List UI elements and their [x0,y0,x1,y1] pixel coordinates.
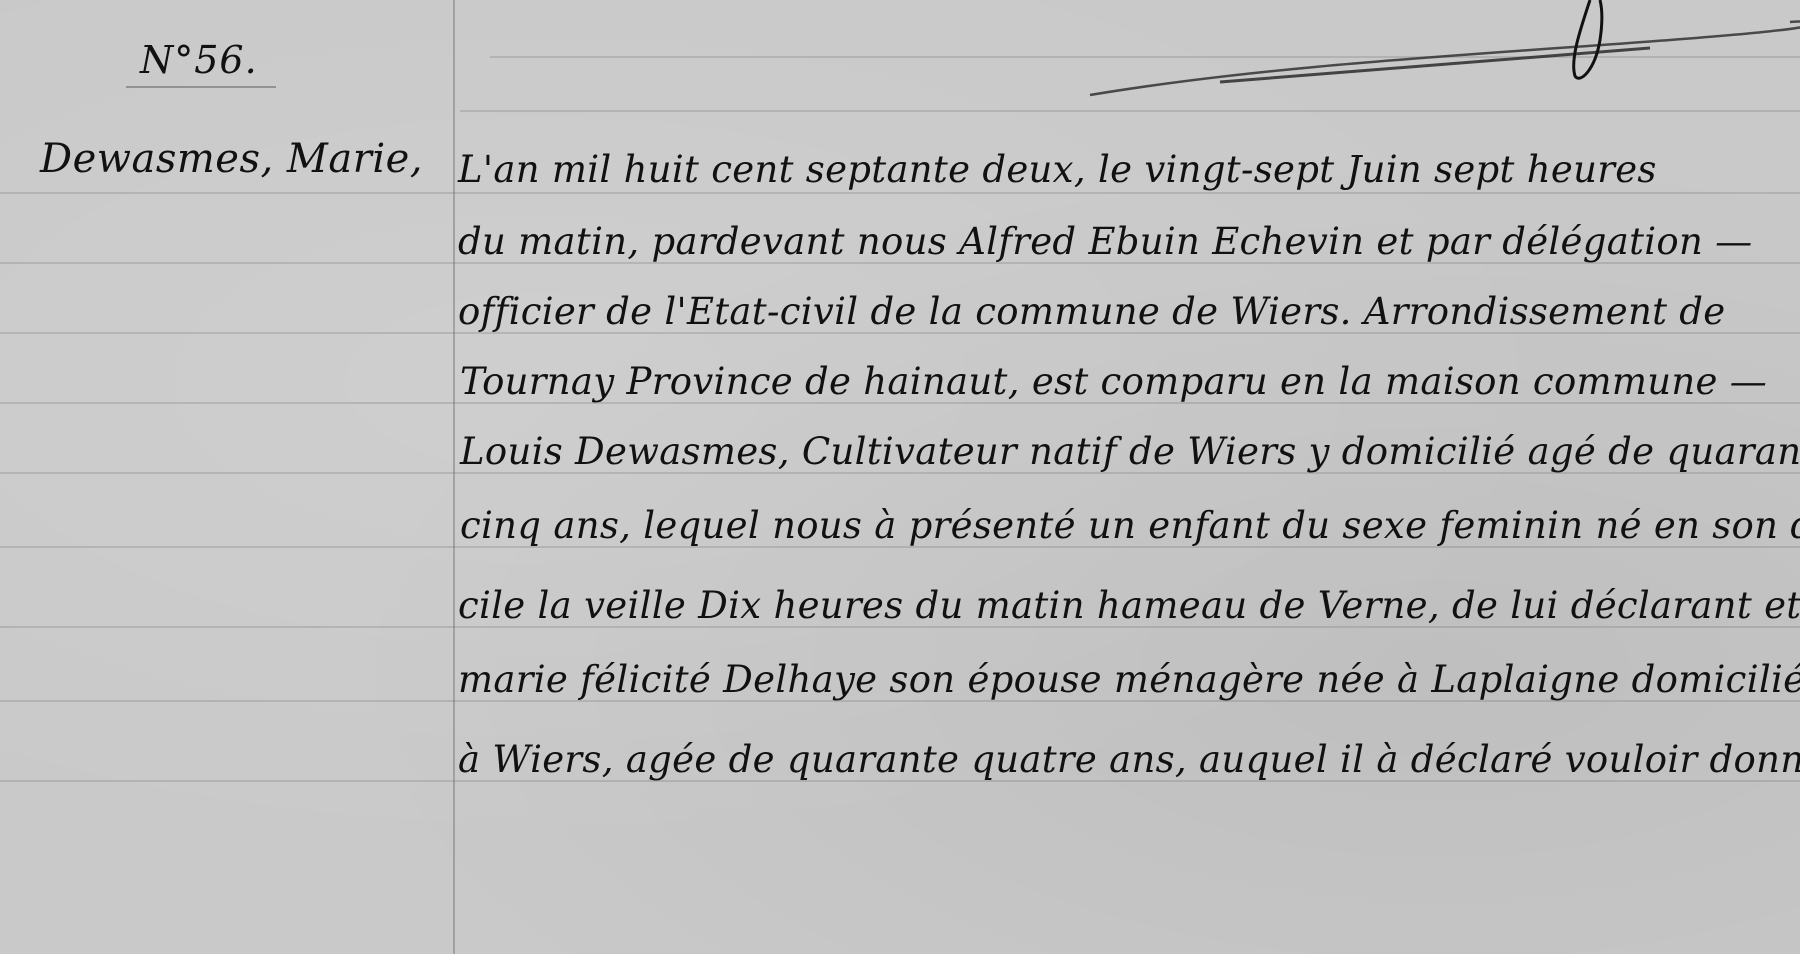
body-line-2: du matin, pardevant nous Alfred Ebuin Ec… [458,220,1752,263]
ruled-line [0,192,1800,194]
body-line-8: marie félicité Delhaye son épouse ménagè… [458,658,1800,701]
pen-flourish-stroke [1050,0,1800,110]
entry-name: Dewasmes, Marie, [40,136,423,182]
body-line-6: cinq ans, lequel nous à présenté un enfa… [460,504,1800,547]
body-line-7: cile la veille Dix heures du matin hamea… [458,584,1800,627]
body-line-4: Tournay Province de hainaut, est comparu… [460,360,1767,403]
body-line-5: Louis Dewasmes, Cultivateur natif de Wie… [460,430,1800,473]
margin-rule [453,0,455,954]
body-line-9: à Wiers, agée de quarante quatre ans, au… [458,738,1800,781]
body-line-3: officier de l'Etat-civil de la commune d… [458,290,1725,333]
entry-number-underline [126,86,276,88]
body-line-1: L'an mil huit cent septante deux, le vin… [458,148,1657,191]
ruled-line [460,110,1800,112]
register-page: N°56. Dewasmes, Marie, L'an mil huit cen… [0,0,1800,954]
entry-number: N°56. [140,38,258,82]
